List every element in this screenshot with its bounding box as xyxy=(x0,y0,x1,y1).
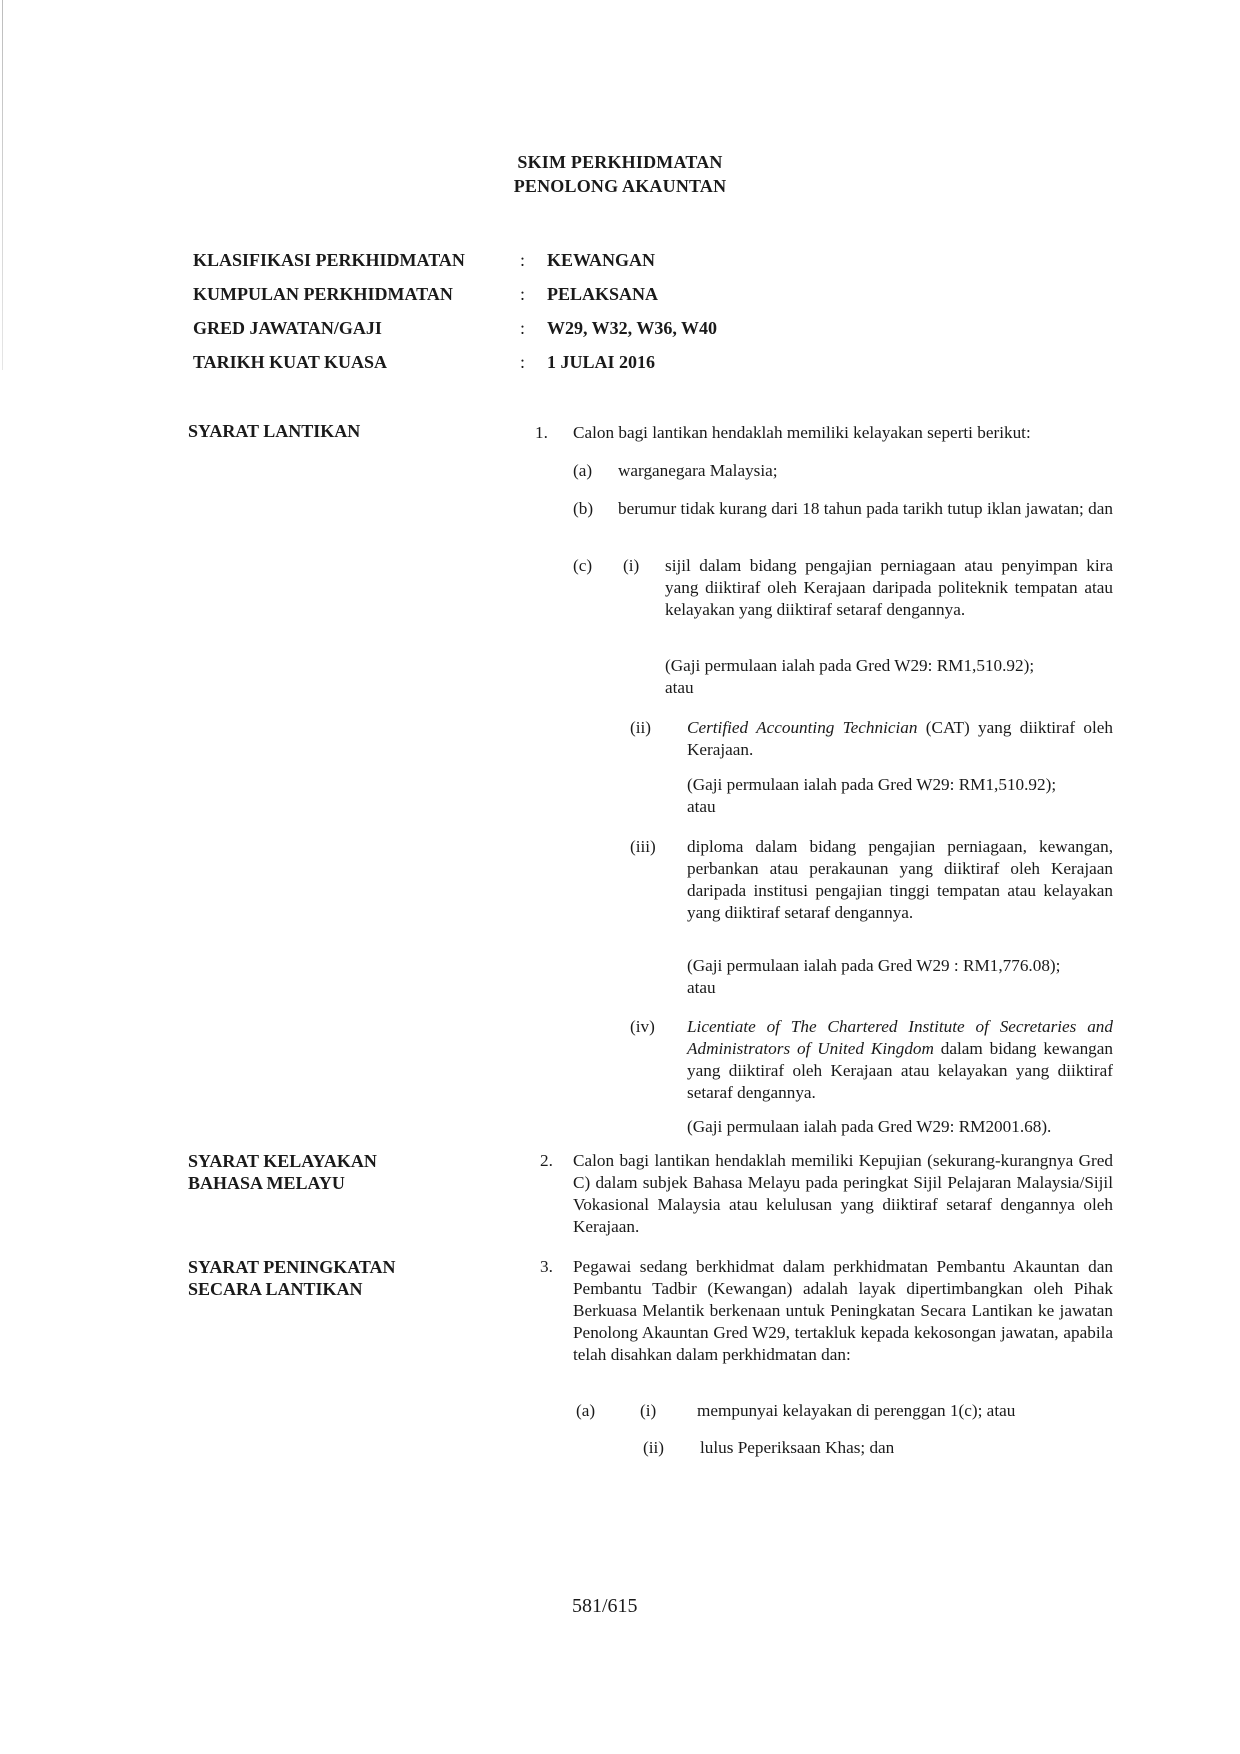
clause-intro: Calon bagi lantikan hendaklah memiliki k… xyxy=(573,422,1113,444)
meta-value: PELAKSANA xyxy=(547,284,658,305)
subitem-iii-text: diploma dalam bidang pengajian perniagaa… xyxy=(687,836,1113,924)
doc-title-line2: PENOLONG AKAUNTAN xyxy=(0,176,1240,197)
clause-3-text: Pegawai sedang berkhidmat dalam perkhidm… xyxy=(573,1256,1113,1366)
doc-title-line1: SKIM PERKHIDMATAN xyxy=(0,152,1240,173)
meta-separator: : xyxy=(520,284,525,305)
meta-value: 1 JULAI 2016 xyxy=(547,352,655,373)
qualification-name: Certified Accounting Technician xyxy=(687,718,917,737)
section-heading-peningkatan: SYARAT PENINGKATAN SECARA LANTIKAN xyxy=(188,1256,396,1300)
meta-label: KLASIFIKASI PERKHIDMATAN xyxy=(193,250,465,271)
item-marker: (b) xyxy=(573,498,593,520)
salary-note: (Gaji permulaan ialah pada Gred W29: RM1… xyxy=(665,655,1113,677)
page-number: 581/615 xyxy=(572,1595,638,1618)
conjunction: atau xyxy=(687,796,716,818)
item-marker: (c) xyxy=(573,555,592,577)
salary-note: (Gaji permulaan ialah pada Gred W29 : RM… xyxy=(687,955,1113,977)
conjunction: atau xyxy=(687,977,716,999)
subitem-text: mempunyai kelayakan di perenggan 1(c); a… xyxy=(697,1400,1015,1422)
clause-number: 3. xyxy=(540,1256,553,1278)
conjunction: atau xyxy=(665,677,694,699)
salary-note: (Gaji permulaan ialah pada Gred W29: RM1… xyxy=(687,774,1113,796)
meta-separator: : xyxy=(520,250,525,271)
meta-separator: : xyxy=(520,352,525,373)
section-heading-bahasa-melayu: SYARAT KELAYAKAN BAHASA MELAYU xyxy=(188,1150,377,1194)
subitem-marker: (ii) xyxy=(630,717,651,739)
section-heading-syarat-lantikan: SYARAT LANTIKAN xyxy=(188,420,360,442)
subitem-marker: (iii) xyxy=(630,836,656,858)
meta-separator: : xyxy=(520,318,525,339)
clause-2-text: Calon bagi lantikan hendaklah memiliki K… xyxy=(573,1150,1113,1238)
meta-value: KEWANGAN xyxy=(547,250,655,271)
item-b-text: berumur tidak kurang dari 18 tahun pada … xyxy=(618,498,1113,520)
subitem-i-text: sijil dalam bidang pengajian perniagaan … xyxy=(665,555,1113,621)
subitem-marker: (iv) xyxy=(630,1016,655,1038)
meta-label: TARIKH KUAT KUASA xyxy=(193,352,387,373)
subitem-marker: (i) xyxy=(623,555,639,577)
item-marker: (a) xyxy=(576,1400,595,1422)
subitem-iv-text: Licentiate of The Chartered Institute of… xyxy=(687,1016,1113,1104)
clause-number: 2. xyxy=(540,1150,553,1172)
salary-note: (Gaji permulaan ialah pada Gred W29: RM2… xyxy=(687,1116,1127,1138)
meta-label: GRED JAWATAN/GAJI xyxy=(193,318,382,339)
clause-number: 1. xyxy=(535,422,548,444)
meta-label: KUMPULAN PERKHIDMATAN xyxy=(193,284,453,305)
subitem-ii-text: Certified Accounting Technician (CAT) ya… xyxy=(687,717,1113,761)
meta-value: W29, W32, W36, W40 xyxy=(547,318,717,339)
subitem-text: lulus Peperiksaan Khas; dan xyxy=(700,1437,894,1459)
subitem-marker: (i) xyxy=(640,1400,656,1422)
item-marker: (a) xyxy=(573,460,592,482)
subitem-marker: (ii) xyxy=(643,1437,664,1459)
item-a-text: warganegara Malaysia; xyxy=(618,460,1113,482)
